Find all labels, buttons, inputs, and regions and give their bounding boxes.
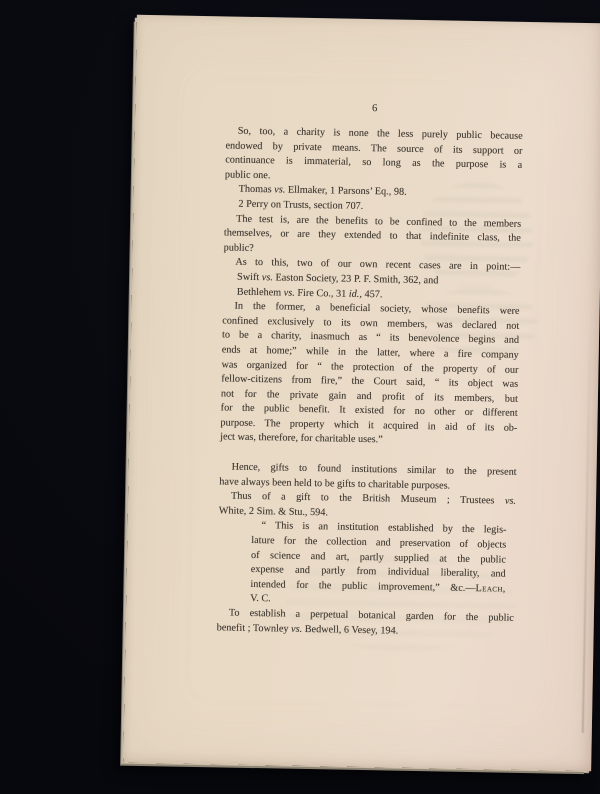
page-text: So, too, a charity is none the less pure… — [217, 124, 523, 641]
book-page: 6 So, too, a charity is none the less pu… — [123, 15, 600, 771]
paragraph: To establish a perpetual botanical garde… — [217, 606, 514, 641]
paragraph: “ This is an institution established by … — [217, 519, 516, 612]
paragraph: So, too, a charity is none the less pure… — [225, 124, 523, 188]
page-crease — [582, 323, 592, 733]
paragraph: In the former, a beneficial society, who… — [220, 300, 520, 451]
page-number: 6 — [226, 100, 523, 116]
paragraph: The test is, are the benefits to be conf… — [223, 212, 521, 261]
scan-background: 6 So, too, a charity is none the less pu… — [0, 0, 600, 794]
